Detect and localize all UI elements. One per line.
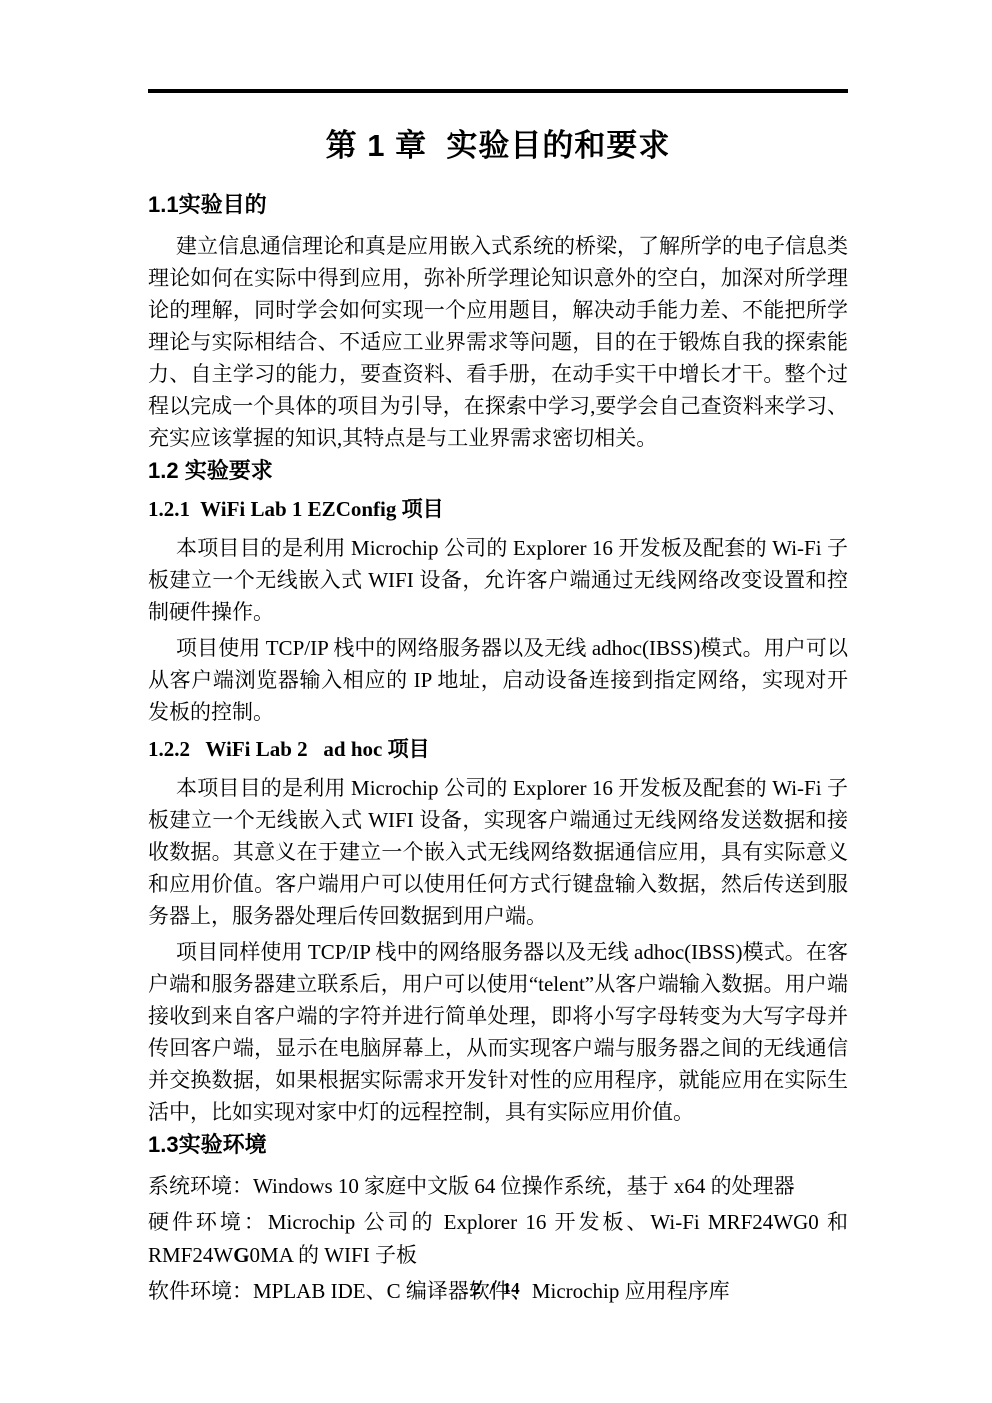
paragraph-1-2-2-b: 项目同样使用 TCP/IP 栈中的网络服务器以及无线 adhoc(IBSS)模式…: [148, 936, 848, 1128]
env-system-line: 系统环境：Windows 10 家庭中文版 64 位操作系统，基于 x64 的处…: [148, 1170, 848, 1203]
paragraph-1-1-purpose: 建立信息通信理论和真是应用嵌入式系统的桥梁，了解所学的电子信息类理论如何在实际中…: [148, 230, 848, 454]
env-hardware-line: 硬件环境：Microchip 公司的 Explorer 16 开发板、Wi-Fi…: [148, 1206, 848, 1272]
heading-1-2-1: 1.2.1 WiFi Lab 1 EZConfig 项目: [148, 496, 848, 522]
paragraph-1-2-1-b: 项目使用 TCP/IP 栈中的网络服务器以及无线 adhoc(IBSS)模式。用…: [148, 632, 848, 728]
content-column: 第 1 章 实验目的和要求 1.1实验目的 建立信息通信理论和真是应用嵌入式系统…: [148, 0, 848, 1311]
chapter-title: 第 1 章 实验目的和要求: [148, 126, 848, 166]
heading-1-2: 1.2 实验要求: [148, 458, 848, 484]
header-rule: [148, 89, 848, 93]
heading-1-2-2: 1.2.2 WiFi Lab 2 ad hoc 项目: [148, 736, 848, 762]
paragraph-1-2-1-a: 本项目目的是利用 Microchip 公司的 Explorer 16 开发板及配…: [148, 532, 848, 628]
env-hardware-part2: 0MA 的 WIFI 子板: [250, 1243, 417, 1267]
paragraph-1-2-2-a: 本项目目的是利用 Microchip 公司的 Explorer 16 开发板及配…: [148, 772, 848, 932]
heading-1-3: 1.3实验环境: [148, 1132, 848, 1158]
env-hardware-bold-g: G: [233, 1243, 249, 1267]
page-number: 2 / 14: [0, 1279, 992, 1299]
heading-1-1: 1.1实验目的: [148, 192, 848, 218]
document-page: 第 1 章 实验目的和要求 1.1实验目的 建立信息通信理论和真是应用嵌入式系统…: [0, 0, 992, 1403]
